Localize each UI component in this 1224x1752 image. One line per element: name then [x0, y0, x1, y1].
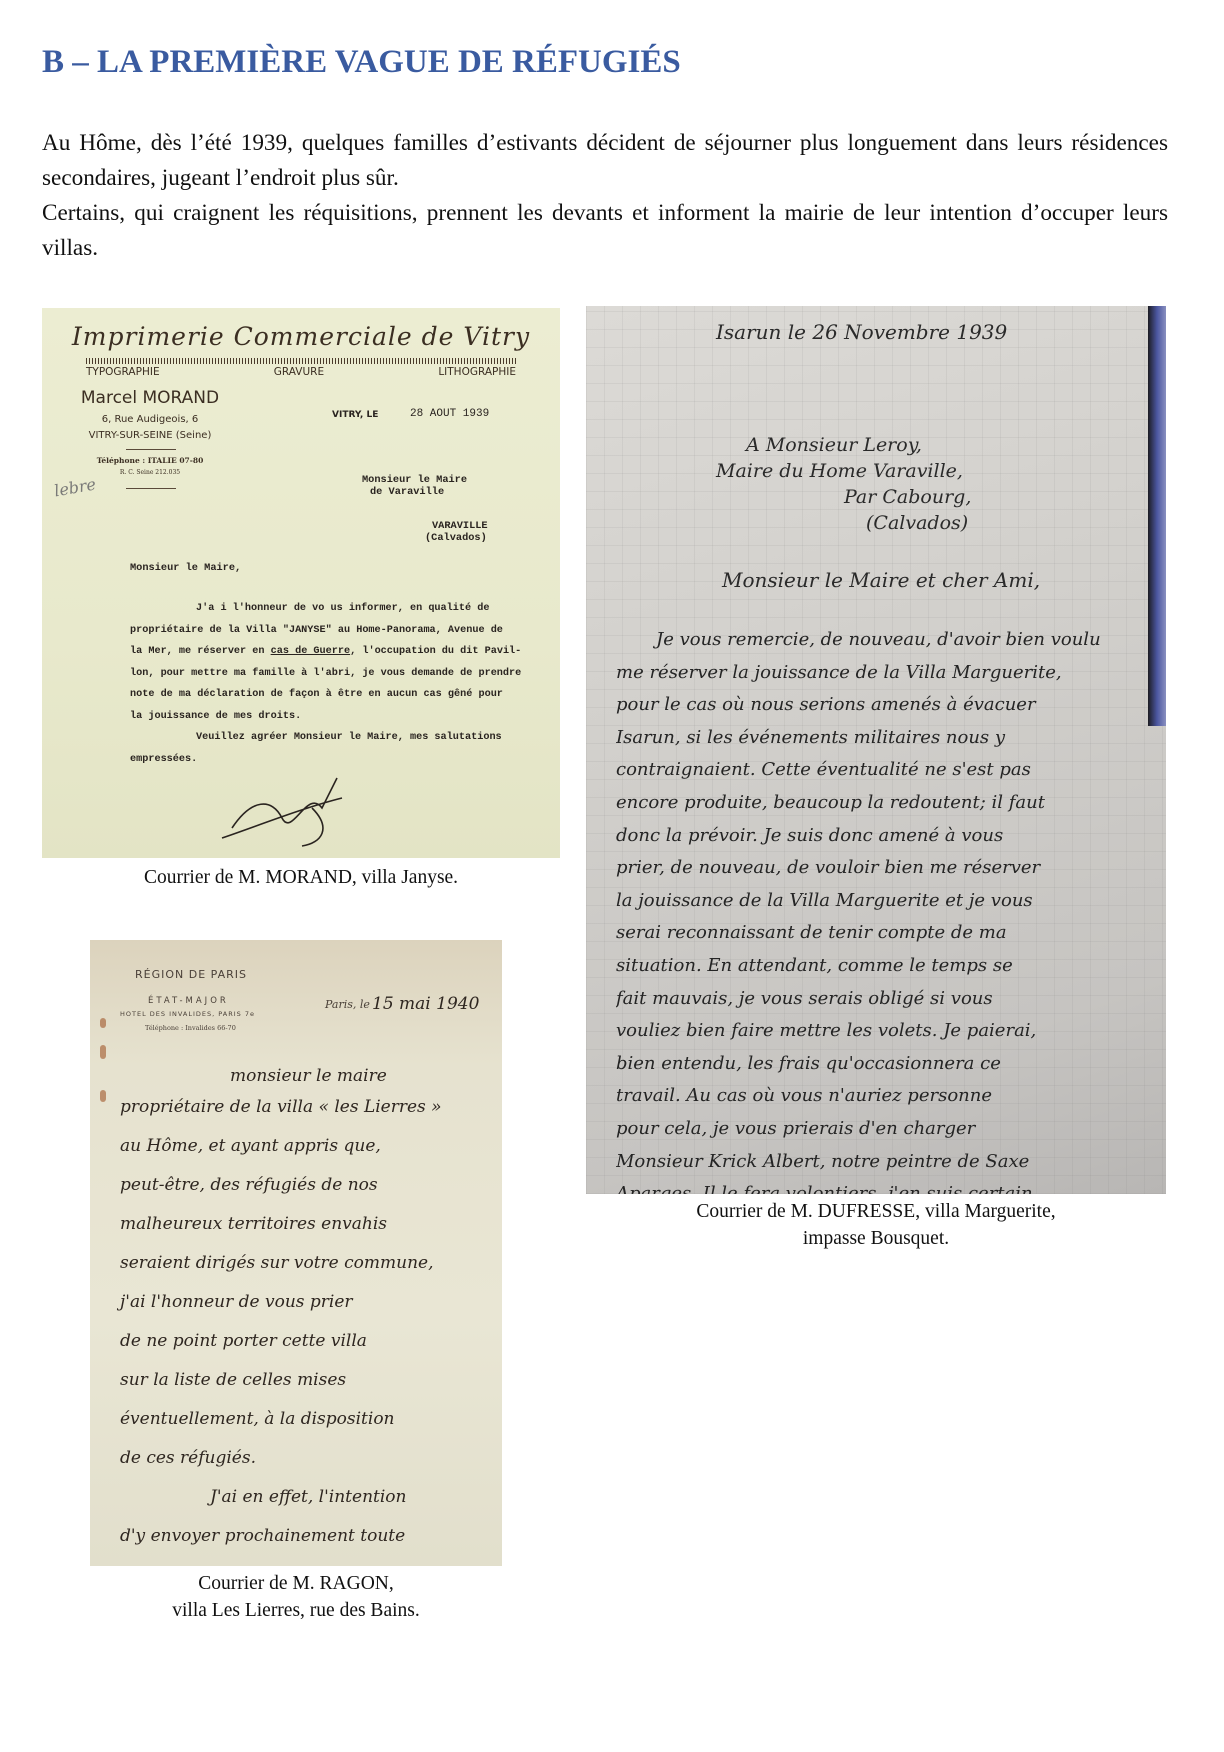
letter-salutation: Monsieur le Maire et cher Ami,: [722, 568, 1040, 592]
body-line: Isarun, si les événements militaires nou…: [616, 722, 1156, 755]
signature-icon: [212, 768, 352, 848]
letterhead-address: 6, Rue Audigeois, 6: [60, 414, 240, 425]
body-line: pour le cas où nous serions amenés à éva…: [616, 689, 1156, 722]
letter-date: 28 AOUT 1939: [410, 408, 489, 420]
address-line: A Monsieur Leroy,: [746, 434, 922, 456]
letterhead-services: TYPOGRAPHIE GRAVURE LITHOGRAPHIE: [86, 366, 516, 378]
letterhead-phone: Téléphone : ITALIE 07-80: [60, 456, 240, 465]
body-line: Aparges. Il le fera volontiers, j'en sui…: [616, 1178, 1156, 1194]
body-line: encore produite, beaucoup la redoutent; …: [616, 787, 1156, 820]
body-line: éventuellement, à la disposition: [120, 1400, 490, 1439]
dufresse-caption: Courrier de M. DUFRESSE, villa Marguerit…: [586, 1198, 1166, 1252]
intro-paragraph: Au Hôme, dès l’été 1939, quelques famill…: [42, 126, 1168, 196]
body-line: bien entendu, les frais qu'occasionnera …: [616, 1048, 1156, 1081]
letter-date: 15 mai 1940: [372, 994, 479, 1014]
body-line: vouliez bien faire mettre les volets. Je…: [616, 1015, 1156, 1048]
body-line: travail. Au cas où vous n'auriez personn…: [616, 1080, 1156, 1113]
letterhead-city: VITRY-SUR-SEINE (Seine): [60, 430, 240, 441]
body-line: serai reconnaissant de tenir compte de m…: [616, 917, 1156, 950]
caption-line: villa Les Lierres, rue des Bains.: [90, 1597, 502, 1624]
letter-salutation: monsieur le maire: [230, 1066, 387, 1086]
address-line: Maire du Home Varaville,: [716, 460, 963, 482]
address-line: (Calvados): [866, 512, 968, 534]
body-line: peut-être, des réfugiés de nos: [120, 1166, 490, 1205]
body-line: seraient dirigés sur votre commune,: [120, 1244, 490, 1283]
rust-stain: [100, 1045, 106, 1059]
caption-line: Courrier de M. RAGON,: [90, 1570, 502, 1597]
body-line: situation. En attendant, comme le temps …: [616, 950, 1156, 983]
letterhead-region: RÉGION DE PARIS: [135, 968, 247, 981]
body-line: fait mauvais, je vous serais obligé si v…: [616, 983, 1156, 1016]
letter-salutation: Monsieur le Maire,: [130, 562, 241, 574]
date-label: Paris, le: [325, 998, 370, 1011]
body-line: sur la liste de celles mises: [120, 1361, 490, 1400]
underlined-phrase: cas de Guerre: [271, 646, 350, 657]
body-line: la jouissance de la Villa Marguerite et …: [616, 885, 1156, 918]
letter-body: J'a i l'honneur de vo us informer, en qu…: [130, 598, 550, 770]
body-line: lon, pour mettre ma famille à l'abri, je…: [130, 663, 550, 685]
body-line: empressées.: [130, 749, 550, 771]
body-line: malheureux territoires envahis: [120, 1205, 490, 1244]
body-line: Je vous remercie, de nouveau, d'avoir bi…: [616, 624, 1156, 657]
intro-paragraph: Certains, qui craignent les réquisitions…: [42, 196, 1168, 266]
body-line: Veuillez agréer Monsieur le Maire, mes s…: [130, 727, 550, 749]
service-label: TYPOGRAPHIE: [86, 366, 160, 378]
body-line: Monsieur Krick Albert, notre peintre de …: [616, 1146, 1156, 1179]
body-line: J'a i l'honneur de vo us informer, en qu…: [130, 598, 550, 620]
body-line: d'y envoyer prochainement toute: [120, 1517, 490, 1556]
letterhead-company: Imprimerie Commerciale de Vitry: [42, 322, 560, 351]
body-line: la Mer, me réserver en cas de Guerre, l'…: [130, 641, 550, 663]
letterhead-name: Marcel MORAND: [60, 388, 240, 408]
body-line: me réserver la jouissance de la Villa Ma…: [616, 657, 1156, 690]
destination-line: VARAVILLE: [432, 520, 488, 532]
recipient-line: de Varaville: [370, 486, 444, 498]
divider: [126, 449, 176, 450]
letterhead-rule: [86, 358, 516, 364]
date-label: VITRY, LE: [332, 410, 378, 420]
caption-line: impasse Bousquet.: [586, 1225, 1166, 1252]
morand-caption: Courrier de M. MORAND, villa Janyse.: [42, 864, 560, 891]
body-line: propriétaire de la villa « les Lierres »: [120, 1088, 490, 1127]
rust-stain: [100, 1018, 106, 1028]
body-line: J'ai en effet, l'intention: [120, 1478, 490, 1517]
body-line: au Hôme, et ayant appris que,: [120, 1127, 490, 1166]
destination-line: (Calvados): [425, 532, 487, 544]
body-line: de ces réfugiés.: [120, 1439, 490, 1478]
body-line: prier, de nouveau, de vouloir bien me ré…: [616, 852, 1156, 885]
divider: [126, 488, 176, 489]
letterhead-office: ÉTAT-MAJOR: [148, 996, 229, 1006]
section-title: B – LA PREMIÈRE VAGUE DE RÉFUGIÉS: [42, 44, 681, 81]
ragon-letter-image: RÉGION DE PARIS ÉTAT-MAJOR HOTEL DES INV…: [90, 940, 502, 1566]
service-label: LITHOGRAPHIE: [438, 366, 516, 378]
pencil-annotation: lebre: [53, 475, 98, 501]
morand-letter-image: Imprimerie Commerciale de Vitry TYPOGRAP…: [42, 308, 560, 858]
ragon-caption: Courrier de M. RAGON, villa Les Lierres,…: [90, 1570, 502, 1624]
body-line: contraignaient. Cette éventualité ne s'e…: [616, 754, 1156, 787]
body-line: j'ai l'honneur de vous prier: [120, 1283, 490, 1322]
body-line: ma famille.: [120, 1556, 490, 1566]
letter-body: propriétaire de la villa « les Lierres »…: [120, 1088, 490, 1566]
letter-body: Je vous remercie, de nouveau, d'avoir bi…: [616, 624, 1156, 1194]
letter-date: Isarun le 26 Novembre 1939: [716, 320, 1007, 344]
recipient-line: Monsieur le Maire: [362, 474, 467, 486]
body-line: la jouissance de mes droits.: [130, 706, 550, 728]
body-line: donc la prévoir. Je suis donc amené à vo…: [616, 820, 1156, 853]
letterhead-phone: Téléphone : Invalides 66-70: [145, 1024, 236, 1032]
body-line: pour cela, je vous prierais d'en charger: [616, 1113, 1156, 1146]
body-line: de ne point porter cette villa: [120, 1322, 490, 1361]
letterhead-address: HOTEL DES INVALIDES, PARIS 7e: [120, 1010, 255, 1018]
intro-text: Au Hôme, dès l’été 1939, quelques famill…: [42, 126, 1168, 266]
body-line: propriétaire de la Villa "JANYSE" au Hom…: [130, 620, 550, 642]
body-line: note de ma déclaration de façon à être e…: [130, 684, 550, 706]
address-line: Par Cabourg,: [844, 486, 971, 508]
caption-line: Courrier de M. DUFRESSE, villa Marguerit…: [586, 1198, 1166, 1225]
rust-stain: [100, 1090, 106, 1102]
dufresse-letter-image: Isarun le 26 Novembre 1939 A Monsieur Le…: [586, 306, 1166, 1194]
service-label: GRAVURE: [274, 366, 324, 378]
